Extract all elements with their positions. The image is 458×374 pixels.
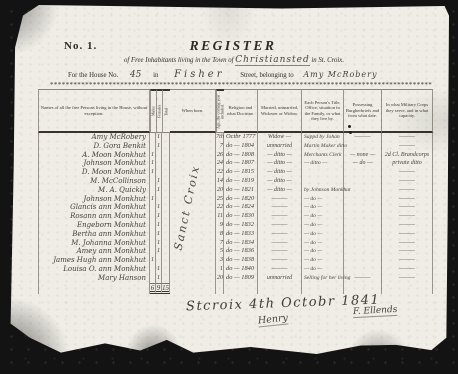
total-tally (162, 142, 170, 151)
militia-service: ——— (382, 247, 433, 256)
burgherbrief (344, 221, 382, 230)
signature-clerk: Henry (257, 312, 288, 327)
col-header-age: Age, the coming year included. (216, 89, 224, 133)
burgherbrief (344, 203, 382, 212)
birth-day: 9 (216, 221, 224, 230)
occupation: — do — (302, 212, 344, 221)
burgherbrief: ——— (344, 274, 382, 283)
handwritten-street: Fisher (160, 69, 238, 80)
burgherbrief: — none — (344, 151, 382, 160)
birth-date: do — 1804 (224, 142, 258, 151)
militia-service: private ditto (382, 159, 433, 168)
col-header-born: When born. (170, 89, 216, 133)
burgherbrief (344, 168, 382, 177)
ink-blot (348, 125, 351, 128)
born-cell (170, 212, 216, 221)
total-tally (162, 203, 170, 212)
militia-service: ——— (382, 203, 433, 212)
subtitle-printed-1: of Free Inhabitants living in the Town o… (124, 57, 234, 64)
birth-day: 11 (216, 212, 224, 221)
subtitle-printed-2: in St. Croix. (311, 57, 344, 64)
ink-blot (349, 131, 352, 134)
register-table: Names of all the free Persons living in … (38, 89, 433, 294)
decorative-asterisk-rule: ****************************************… (50, 81, 432, 89)
marital-status: ——— (258, 221, 302, 230)
militia-service: 2d Cl. Brandcorps (382, 151, 433, 160)
occupation: Selling for her living (302, 274, 344, 283)
burgherbrief (344, 186, 382, 195)
born-cell (170, 177, 216, 186)
inhabitant-name: Mary Hanson (38, 274, 150, 283)
occupation: — do — (302, 256, 344, 265)
total-tally (162, 265, 170, 274)
marital-status: — ditto — (258, 177, 302, 186)
occupation: — do — (302, 265, 344, 274)
birth-day: 8 (216, 230, 224, 239)
total-tally (162, 133, 170, 142)
handwritten-house-number: 45 (120, 70, 151, 80)
total-tally (162, 256, 170, 265)
inhabitant-name: A. Moon Monkhut (38, 151, 150, 160)
occupation (302, 177, 344, 186)
burgherbrief: ——— (344, 133, 382, 142)
subtitle-line: of Free Inhabitants living in the Town o… (8, 55, 458, 65)
marital-status: ——— (258, 212, 302, 221)
signature-official: F. Ellends (353, 305, 398, 318)
marital-status: unmarried (258, 274, 302, 283)
birth-day: 1 (216, 265, 224, 274)
col-header-militia: In what Military Corps they serve, and i… (382, 89, 433, 133)
inhabitant-name: Engeborn Monkhut (38, 221, 150, 230)
born-cell (170, 256, 216, 265)
occupation: — do — (302, 247, 344, 256)
birth-day: 14 (216, 177, 224, 186)
burgherbrief: — do — (344, 159, 382, 168)
col-header-total: Total (162, 89, 170, 133)
inhabitant-name: M. McCollinson (38, 177, 150, 186)
birth-day: 7 (216, 239, 224, 248)
militia-service: ——— (382, 133, 433, 142)
inhabitant-name: Johnson Monkhut (38, 159, 150, 168)
burgherbrief (344, 265, 382, 274)
total-tally (162, 212, 170, 221)
marital-status: ——— (258, 256, 302, 265)
born-cell (170, 151, 216, 160)
document-page: No. 1. REGISTER of Free Inhabitants livi… (8, 5, 449, 359)
burgherbrief (344, 230, 382, 239)
total-all: 15 (162, 283, 170, 294)
birth-date: do — 1830 (224, 212, 258, 221)
occupation: by Johnson Monkhut (302, 186, 344, 195)
inhabitant-name: M. Johanna Monkhut (38, 239, 150, 248)
birth-day: 7th (216, 133, 224, 142)
burgherbrief (344, 142, 382, 151)
birth-date: do — 1819 (224, 177, 258, 186)
handwritten-town: Christiansted (235, 55, 309, 66)
militia-service: ——— (382, 274, 433, 283)
birth-day: 25 (216, 195, 224, 204)
militia-service: ——— (382, 230, 433, 239)
occupation: — do — (302, 221, 344, 230)
birth-date: do — 1821 (224, 186, 258, 195)
birth-day: 5 (216, 247, 224, 256)
inhabitant-name: M. A. Quickly (38, 186, 150, 195)
marital-status: — ditto — (258, 151, 302, 160)
born-cell (170, 186, 216, 195)
born-cell (170, 159, 216, 168)
inhabitant-name: James Hugh ann Monkhut (38, 256, 150, 265)
burgherbrief (344, 239, 382, 248)
occupation: — do — (302, 239, 344, 248)
born-cell (170, 247, 216, 256)
militia-service: ——— (382, 195, 433, 204)
born-cell (170, 230, 216, 239)
birth-date: do — 1824 (224, 203, 258, 212)
total-tally (162, 151, 170, 160)
militia-service: ——— (382, 256, 433, 265)
inhabitant-name: D. Moon Monkhut (38, 168, 150, 177)
totals-spacer (38, 283, 150, 294)
birth-day: 7 (216, 142, 224, 151)
birth-date: do — 1807 (224, 159, 258, 168)
total-tally (162, 247, 170, 256)
total-tally (162, 239, 170, 248)
inhabitant-name: Louisa O. ann Monkhut (38, 265, 150, 274)
militia-service: ——— (382, 221, 433, 230)
col-header-religion: Religion and what Doctrine. (224, 89, 258, 133)
birth-date: do — 1834 (224, 239, 258, 248)
marital-status: ——— (258, 265, 302, 274)
occupation: — ditto — (302, 159, 344, 168)
marital-status: ——— (258, 247, 302, 256)
birth-date: do — 1815 (224, 168, 258, 177)
birth-day: 20 (216, 186, 224, 195)
occupation: Suppd by Johan (302, 133, 344, 142)
inhabitant-name: Glancis ann Monkhut (38, 203, 150, 212)
total-tally (162, 168, 170, 177)
occupation: Merchants Clerk (302, 151, 344, 160)
marital-status: ——— (258, 230, 302, 239)
total-tally (162, 221, 170, 230)
total-tally (162, 230, 170, 239)
marital-status: ——— (258, 195, 302, 204)
born-cell (170, 142, 216, 151)
total-tally (162, 177, 170, 186)
occupation: — do — (302, 230, 344, 239)
born-cell (170, 133, 216, 142)
born-cell (170, 168, 216, 177)
total-tally (162, 159, 170, 168)
marital-status: — ditto — (258, 168, 302, 177)
marital-status: ——— (258, 239, 302, 248)
burgherbrief (344, 212, 382, 221)
house-printed-1: For the House No. (68, 72, 118, 79)
page-title: REGISTER (8, 38, 458, 54)
militia-service: ——— (382, 212, 433, 221)
total-tally (162, 274, 170, 283)
marital-status: — ditto — (258, 159, 302, 168)
birth-date: do — 1840 (224, 265, 258, 274)
scanned-register-document: { "page": { "no_label": "No. 1.", "title… (0, 0, 458, 374)
birth-date: do — 1836 (224, 247, 258, 256)
inhabitant-name: D. Gora Benkit (38, 142, 150, 151)
col-header-occupation: Each Person's Title, Office, situation i… (302, 89, 344, 133)
burgherbrief (344, 177, 382, 186)
militia-service: ——— (382, 265, 433, 274)
birth-day: 24 (216, 159, 224, 168)
birth-date: do — 1808 (224, 151, 258, 160)
occupation: Martin Maker ditto (302, 142, 344, 151)
occupation: — do — (302, 195, 344, 204)
occupation: — do — (302, 203, 344, 212)
born-cell (170, 203, 216, 212)
marital-status: — ditto — (258, 186, 302, 195)
militia-service: ——— (382, 142, 433, 151)
birth-date: do — 1820 (224, 195, 258, 204)
inhabitant-name: Amey ann Monkhut (38, 247, 150, 256)
burgherbrief (344, 256, 382, 265)
birth-day: 22 (216, 203, 224, 212)
birth-date: do — 1832 (224, 221, 258, 230)
born-cell (170, 195, 216, 204)
total-tally (162, 195, 170, 204)
house-line: For the House No. 45 in Fisher Street, b… (68, 69, 438, 80)
militia-service: ——— (382, 239, 433, 248)
col-header-names: Names of all the free Persons living in … (38, 89, 150, 133)
col-header-married: Married, unmarried, Widower or Widow. (258, 89, 302, 133)
house-printed-3: Street, belonging to (240, 72, 293, 79)
inhabitant-name: Johnson Monkhut (38, 195, 150, 204)
birth-day: 26 (216, 151, 224, 160)
militia-service: ——— (382, 177, 433, 186)
house-printed-2: in (153, 72, 158, 79)
birth-date: do — 1833 (224, 230, 258, 239)
born-cell (170, 274, 216, 283)
birth-date: do — 1838 (224, 256, 258, 265)
handwritten-place-date: Stcroix 4th Octobr 1841 (186, 293, 381, 315)
birth-day: 20 (216, 274, 224, 283)
born-cell (170, 265, 216, 274)
birth-day: 3 (216, 256, 224, 265)
born-cell (170, 221, 216, 230)
marital-status: ——— (258, 203, 302, 212)
occupation (302, 168, 344, 177)
birth-day: 22 (216, 168, 224, 177)
burgherbrief (344, 195, 382, 204)
inhabitant-name: Rosann ann Monkhut (38, 212, 150, 221)
handwritten-owner: Amy McRobery (295, 70, 377, 79)
marital-status: Widow — (258, 133, 302, 142)
inhabitant-name: Amy McRobery (38, 133, 150, 142)
militia-service: ——— (382, 168, 433, 177)
marital-status: unmarried (258, 142, 302, 151)
born-cell (170, 239, 216, 248)
total-tally (162, 186, 170, 195)
militia-service: ——— (382, 186, 433, 195)
birth-date: do — 1809 (224, 274, 258, 283)
birth-date: Octbr 1777 (224, 133, 258, 142)
burgherbrief (344, 247, 382, 256)
inhabitant-name: Bertha ann Monkhut (38, 230, 150, 239)
